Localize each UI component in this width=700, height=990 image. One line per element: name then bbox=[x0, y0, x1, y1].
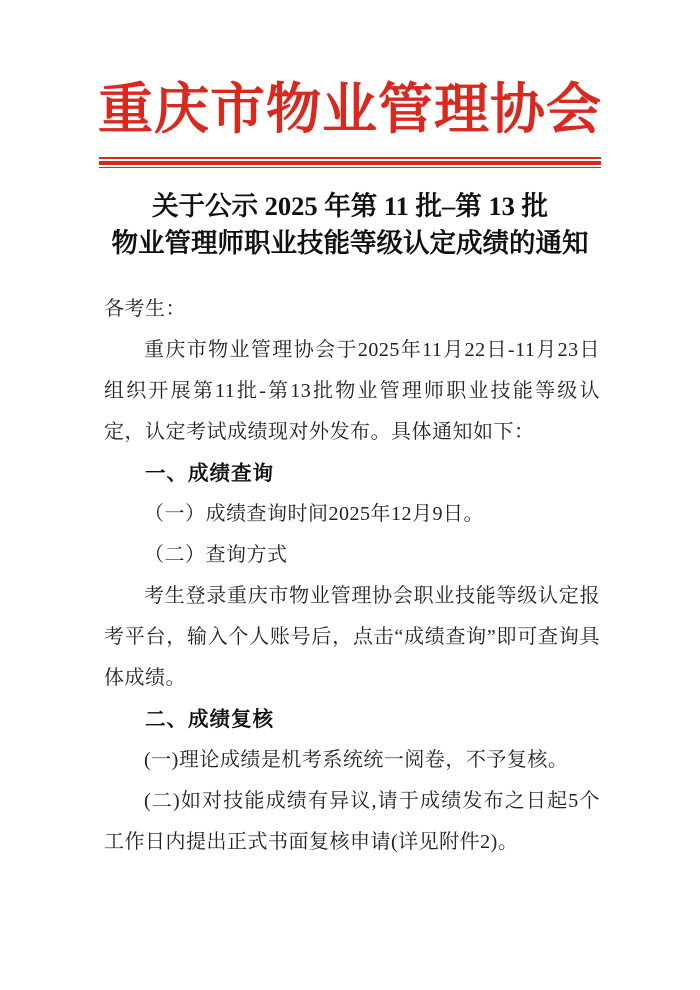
theory-score-paragraph: (一)理论成绩是机考系统统一阅卷，不予复核。 bbox=[104, 740, 600, 781]
query-method-paragraph: 考生登录重庆市物业管理协会职业技能等级认定报考平台，输入个人账号后，点击“成绩查… bbox=[104, 576, 600, 699]
org-name-title: 重庆市物业管理协会 bbox=[98, 76, 602, 144]
letterhead: 重庆市物业管理协会 bbox=[0, 0, 700, 168]
letterhead-rule bbox=[99, 157, 601, 168]
rule-line-bottom bbox=[99, 167, 601, 169]
notice-title-line2: 物业管理师职业技能等级认定成绩的通知 bbox=[0, 225, 700, 262]
skill-score-review-paragraph: (二)如对技能成绩有异议,请于成绩发布之日起5个工作日内提出正式书面复核申请(详… bbox=[104, 781, 600, 863]
query-method-label: （二）查询方式 bbox=[104, 535, 600, 576]
score-query-time-paragraph: （一）成绩查询时间2025年12月9日。 bbox=[104, 494, 600, 535]
notice-title: 关于公示 2025 年第 11 批–第 13 批 物业管理师职业技能等级认定成绩… bbox=[0, 188, 700, 262]
notice-title-line1: 关于公示 2025 年第 11 批–第 13 批 bbox=[0, 188, 700, 225]
section-heading-score-query: 一、成绩查询 bbox=[104, 453, 600, 494]
salutation: 各考生： bbox=[104, 289, 600, 330]
intro-paragraph: 重庆市物业管理协会于2025年11月22日-11月23日组织开展第11批-第13… bbox=[104, 330, 600, 453]
section-heading-score-review: 二、成绩复核 bbox=[104, 699, 600, 740]
notice-body: 各考生： 重庆市物业管理协会于2025年11月22日-11月23日组织开展第11… bbox=[104, 289, 600, 863]
notice-page: 重庆市物业管理协会 关于公示 2025 年第 11 批–第 13 批 物业管理师… bbox=[0, 0, 700, 990]
